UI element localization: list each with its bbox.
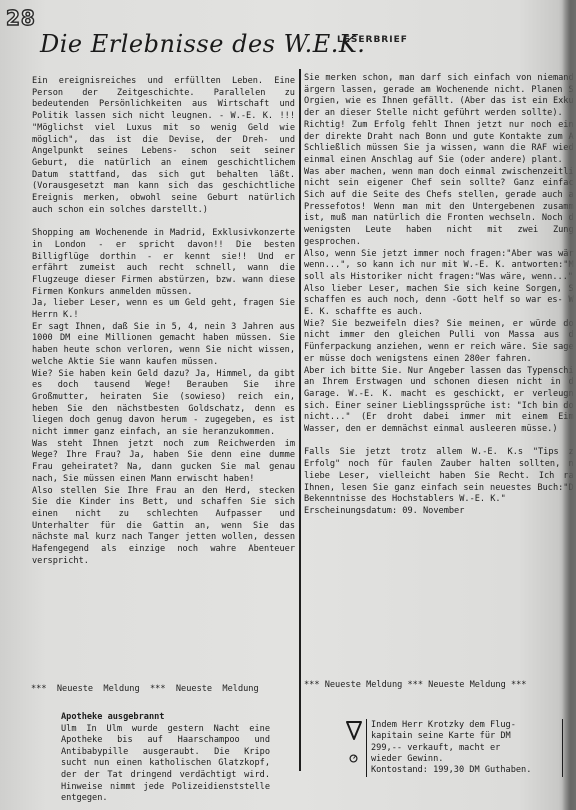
clock-icon: [349, 754, 358, 763]
paragraph: Also lieber Leser, machen Sie sich keine…: [304, 284, 574, 319]
paragraph-spacer: [32, 216, 295, 228]
paragraph: Sie merken schon, man darf sich einfach …: [304, 73, 574, 120]
news-item-heading: Apotheke ausgebrannt: [61, 712, 270, 724]
news-item-body: Ulm In Ulm wurde gestern Nacht eine Apot…: [61, 724, 270, 805]
news-item: Apotheke ausgebrannt Ulm In Ulm wurde ge…: [61, 712, 270, 805]
note-line: Kontostand: 199,30 DM Guthaben.: [371, 765, 560, 776]
paragraph: Wie? Sie bezweifeln dies? Sie meinen, er…: [304, 319, 574, 366]
note-line: Indem Herr Krotzky dem Flug-: [371, 720, 560, 731]
paragraph: Was steht Ihnen jetzt noch zum Reichwerd…: [32, 439, 295, 486]
news-banner-left: *** Neueste Meldung *** Neueste Meldung: [31, 684, 259, 694]
left-column: Ein ereignisreiches und erfüllten Leben.…: [32, 76, 295, 568]
paragraph: Ein ereignisreiches und erfüllten Leben.…: [32, 76, 295, 216]
note-line: 299,-- verkauft, macht er: [371, 743, 560, 754]
note-line: wieder Gewinn.: [371, 754, 560, 765]
page-number: 28: [6, 6, 36, 30]
paragraph: Erscheinungsdatum: 09. November: [304, 506, 574, 518]
paragraph: Wie? Sie haben kein Geld dazu? Ja, Himme…: [32, 369, 295, 439]
news-banner-right: *** Neueste Meldung *** Neueste Meldung …: [304, 680, 526, 690]
paragraph: Was aber machen, wenn man doch einmal zw…: [304, 167, 574, 249]
section-label: LESERBRIEF: [337, 35, 408, 45]
paragraph-spacer: [304, 436, 574, 448]
magazine-page: 28 Die Erlebnisse des W.E.K. LESERBRIEF …: [0, 0, 576, 810]
triangle-icon: [346, 720, 362, 740]
paragraph: Shopping am Wochenende in Madrid, Exklus…: [32, 228, 295, 298]
page-edge-shadow: [562, 0, 576, 810]
page-title: Die Erlebnisse des W.E.K.: [40, 30, 365, 58]
paragraph: Also stellen Sie Ihre Frau an den Herd, …: [32, 486, 295, 568]
paragraph: Falls Sie jetzt trotz allem W.-E. K.s "T…: [304, 447, 574, 506]
paragraph: Ja, lieber Leser, wenn es um Geld geht, …: [32, 298, 295, 321]
column-divider: [299, 69, 301, 771]
note-line: kapitain seine Karte für DM: [371, 731, 560, 742]
paragraph: Er sagt Ihnen, daß Sie in 5, 4, nein 3 J…: [32, 322, 295, 369]
paragraph: Richtig! Zum Erfolg fehlt Ihnen jetzt nu…: [304, 120, 574, 167]
right-column: Sie merken schon, man darf sich einfach …: [304, 73, 574, 518]
paragraph: Aber ich bitte Sie. Nur Angeber lassen d…: [304, 366, 574, 436]
paragraph: Also, wenn Sie jetzt immer noch fragen:"…: [304, 249, 574, 284]
boxed-note: Indem Herr Krotzky dem Flug- kapitain se…: [366, 719, 563, 777]
